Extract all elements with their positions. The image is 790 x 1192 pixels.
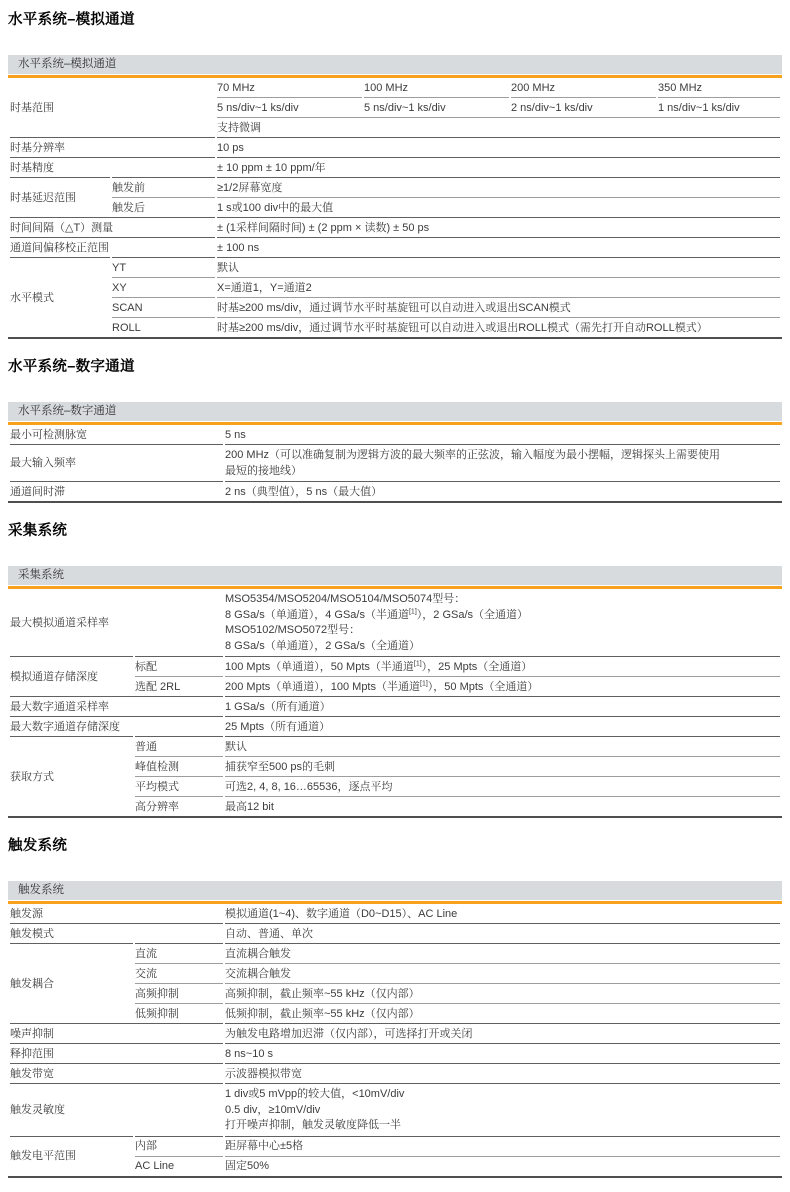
spec-sub-label: 选配 2RL [135,676,223,696]
spec-table: 水平系统–数字通道 最小可检测脉宽 5 ns 最大输入频率 200 MHz（可以… [8,402,782,503]
spec-label: 时基范围 [10,78,215,137]
spec-value: 200 Mpts（单通道），100 Mpts（半通道[1]），50 Mpts（全… [225,676,780,696]
spec-sub-label: 高频抑制 [135,983,223,1003]
table-row: 最大输入频率 200 MHz（可以准确复制为逻辑方波的最大频率的正弦波，输入幅度… [10,444,780,481]
spec-label: 触发带宽 [10,1063,223,1083]
spec-label: 触发源 [10,904,223,923]
spec-table: 采集系统 最大模拟通道采样率 MSO5354/MSO5204/MSO5104/M… [8,566,782,818]
table-row: 触发灵敏度 1 div或5 mVpp的较大值，<10mV/div 0.5 div… [10,1083,780,1136]
spec-value: MSO5354/MSO5204/MSO5104/MSO5074型号： 8 GSa… [225,589,780,656]
spec-value: 捕获窄至500 ps的毛刺 [225,756,780,776]
spec-value-line: MSO5354/MSO5204/MSO5104/MSO5074型号： [225,592,774,608]
spec-value: 直流耦合触发 [225,943,780,963]
spec-table: 触发系统 触发源 模拟通道(1~4)、数字通道（D0~D15）、AC Line … [8,881,782,1178]
table-header-bar: 水平系统–数字通道 [8,402,782,421]
spec-value: ± (1采样间隔时间) ± (2 ppm × 读数) ± 50 ps [217,217,780,237]
table-row: 触发后 1 s或100 div中的最大值 [10,197,780,217]
spec-value-line: 200 MHz（可以准确复制为逻辑方波的最大频率的正弦波，输入幅度为最小摆幅，逻… [225,448,774,464]
spec-sub-label: 标配 [135,656,223,676]
spec-sub-label: 平均模式 [135,776,223,796]
spec-sub-label: ROLL [112,317,215,337]
section-trigger: 触发系统 触发系统 触发源 模拟通道(1~4)、数字通道（D0~D15）、AC … [8,838,782,1178]
spec-value: 1 div或5 mVpp的较大值，<10mV/div 0.5 div，≥10mV… [225,1083,780,1136]
spec-value: 时基≥200 ms/div，通过调节水平时基旋钮可以自动进入或退出SCAN模式 [217,297,780,317]
table-row: 通道间偏移校正范围 ± 100 ns [10,237,780,257]
spec-label: 时间间隔（△T）测量 [10,217,215,237]
spec-sub-label: 内部 [135,1136,223,1156]
spec-label: 通道间偏移校正范围 [10,237,215,257]
spec-table-grid: 触发源 模拟通道(1~4)、数字通道（D0~D15）、AC Line 触发模式 … [8,904,782,1176]
table-row: 通道间时滞 2 ns（典型值），5 ns（最大值） [10,481,780,501]
spec-value: 高频抑制，截止频率~55 kHz（仅内部） [225,983,780,1003]
spec-value: 默认 [217,257,780,277]
spec-value: 示波器模拟带宽 [225,1063,780,1083]
spec-value: 交流耦合触发 [225,963,780,983]
spec-value: 25 Mpts（所有通道） [225,716,780,736]
section-title: 采集系统 [8,523,782,539]
footnote-ref: [1] [414,660,422,667]
spec-sub-label: 直流 [135,943,223,963]
spec-sub-label: 普通 [135,736,223,756]
spec-value: 100 MHz [364,78,509,97]
spec-value: 5 ns [225,425,780,444]
spec-label: 时基精度 [10,157,215,177]
table-row: 最大数字通道存储深度 25 Mpts（所有通道） [10,716,780,736]
spec-value: 固定50% [225,1156,780,1176]
spec-value-line: 打开噪声抑制，触发灵敏度降低一半 [225,1118,774,1134]
table-row: 释抑范围 8 ns~10 s [10,1043,780,1063]
spec-sub-label: 高分辨率 [135,796,223,816]
table-row: SCAN 时基≥200 ms/div，通过调节水平时基旋钮可以自动进入或退出SC… [10,297,780,317]
spec-value: 5 ns/div~1 ks/div [217,97,362,117]
section-horizontal-digital: 水平系统–数字通道 水平系统–数字通道 最小可检测脉宽 5 ns 最大输入频率 … [8,359,782,503]
table-row: 模拟通道存储深度 标配 100 Mpts（单通道），50 Mpts（半通道[1]… [10,656,780,676]
spec-value: 距屏幕中心±5格 [225,1136,780,1156]
spec-label: 最大数字通道采样率 [10,696,223,716]
spec-label: 最大数字通道存储深度 [10,716,223,736]
spec-value: 2 ns（典型值），5 ns（最大值） [225,481,780,501]
spec-label: 水平模式 [10,257,110,337]
spec-value-line: 8 GSa/s（单通道），2 GSa/s（全通道） [225,638,774,654]
spec-value-line: 1 div或5 mVpp的较大值，<10mV/div [225,1087,774,1103]
spec-label: 最小可检测脉宽 [10,425,223,444]
spec-value: 低频抑制，截止频率~55 kHz（仅内部） [225,1003,780,1023]
section-title: 水平系统–模拟通道 [8,12,782,28]
spec-value: 2 ns/div~1 ks/div [511,97,656,117]
footnote-ref: [1] [409,608,417,615]
spec-value: ± 100 ns [217,237,780,257]
spec-sub-label: 触发后 [112,197,215,217]
spec-value: 模拟通道(1~4)、数字通道（D0~D15）、AC Line [225,904,780,923]
spec-value: 70 MHz [217,78,362,97]
spec-label: 触发耦合 [10,943,133,1023]
spec-value: 8 ns~10 s [225,1043,780,1063]
spec-value: 350 MHz [658,78,780,97]
table-row: XY X=通道1，Y=通道2 [10,277,780,297]
spec-value: ≥1/2屏幕宽度 [217,177,780,197]
spec-value: 默认 [225,736,780,756]
table-row: 时基延迟范围 触发前 ≥1/2屏幕宽度 [10,177,780,197]
spec-label: 时基延迟范围 [10,177,110,217]
spec-sub-label: AC Line [135,1156,223,1176]
spec-value: 支持微调 [217,117,780,137]
spec-value: 100 Mpts（单通道），50 Mpts（半通道[1]），25 Mpts（全通… [225,656,780,676]
table-row: 获取方式 普通 默认 [10,736,780,756]
spec-label: 最大模拟通道采样率 [10,589,223,656]
spec-table: 水平系统–模拟通道 时基范围 70 MHz 100 MHz 200 MHz 35… [8,55,782,339]
spec-label: 通道间时滞 [10,481,223,501]
spec-value-line: 最短的接地线） [225,463,774,479]
spec-label: 时基分辨率 [10,137,215,157]
spec-sub-label: 交流 [135,963,223,983]
spec-label: 触发模式 [10,923,223,943]
spec-sub-label: 峰值检测 [135,756,223,776]
spec-label: 释抑范围 [10,1043,223,1063]
section-title: 触发系统 [8,838,782,854]
spec-value: 10 ps [217,137,780,157]
table-header-bar: 采集系统 [8,566,782,585]
table-header-bar: 水平系统–模拟通道 [8,55,782,74]
spec-sub-label: XY [112,277,215,297]
spec-label: 触发电平范围 [10,1136,133,1176]
spec-value: X=通道1，Y=通道2 [217,277,780,297]
section-title: 水平系统–数字通道 [8,359,782,375]
spec-value: 200 MHz [511,78,656,97]
spec-value: 1 ns/div~1 ks/div [658,97,780,117]
spec-table-grid: 最大模拟通道采样率 MSO5354/MSO5204/MSO5104/MSO507… [8,589,782,816]
spec-value: 时基≥200 ms/div，通过调节水平时基旋钮可以自动进入或退出ROLL模式（… [217,317,780,337]
spec-table-grid: 最小可检测脉宽 5 ns 最大输入频率 200 MHz（可以准确复制为逻辑方波的… [8,425,782,501]
table-row: 时间间隔（△T）测量 ± (1采样间隔时间) ± (2 ppm × 读数) ± … [10,217,780,237]
spec-label: 噪声抑制 [10,1023,223,1043]
spec-sub-label: 触发前 [112,177,215,197]
spec-label: 模拟通道存储深度 [10,656,133,696]
table-row: 时基范围 70 MHz 100 MHz 200 MHz 350 MHz [10,78,780,97]
spec-value: 自动、普通、单次 [225,923,780,943]
spec-value-line: MSO5102/MSO5072型号： [225,623,774,639]
table-row: 最小可检测脉宽 5 ns [10,425,780,444]
spec-label: 触发灵敏度 [10,1083,223,1136]
table-row: ROLL 时基≥200 ms/div，通过调节水平时基旋钮可以自动进入或退出RO… [10,317,780,337]
spec-table-grid: 时基范围 70 MHz 100 MHz 200 MHz 350 MHz 5 ns… [8,78,782,337]
table-row: 触发源 模拟通道(1~4)、数字通道（D0~D15）、AC Line [10,904,780,923]
spec-value: 为触发电路增加迟滞（仅内部），可选择打开或关闭 [225,1023,780,1043]
spec-value: 200 MHz（可以准确复制为逻辑方波的最大频率的正弦波，输入幅度为最小摆幅，逻… [225,444,780,481]
table-row: 触发耦合 直流 直流耦合触发 [10,943,780,963]
spec-sub-label: YT [112,257,215,277]
spec-value: ± 10 ppm ± 10 ppm/年 [217,157,780,177]
spec-value: 可选2, 4, 8, 16…65536，逐点平均 [225,776,780,796]
spec-value: 1 s或100 div中的最大值 [217,197,780,217]
spec-value-line: 8 GSa/s（单通道），4 GSa/s（半通道[1]），2 GSa/s（全通道… [225,607,774,623]
spec-value: 1 GSa/s（所有通道） [225,696,780,716]
section-acquisition: 采集系统 采集系统 最大模拟通道采样率 MSO5354/MSO5204/MSO5… [8,523,782,818]
spec-value: 最高12 bit [225,796,780,816]
spec-sub-label: SCAN [112,297,215,317]
table-row: 时基分辨率 10 ps [10,137,780,157]
table-row: 触发带宽 示波器模拟带宽 [10,1063,780,1083]
table-row: 最大模拟通道采样率 MSO5354/MSO5204/MSO5104/MSO507… [10,589,780,656]
spec-value-line: 0.5 div，≥10mV/div [225,1102,774,1118]
table-row: 触发电平范围 内部 距屏幕中心±5格 [10,1136,780,1156]
section-horizontal-analog: 水平系统–模拟通道 水平系统–模拟通道 时基范围 70 MHz 100 MHz … [8,12,782,339]
table-row: 触发模式 自动、普通、单次 [10,923,780,943]
footnote-ref: [1] [420,680,428,687]
table-row: 时基精度 ± 10 ppm ± 10 ppm/年 [10,157,780,177]
table-row: 最大数字通道采样率 1 GSa/s（所有通道） [10,696,780,716]
spec-label: 最大输入频率 [10,444,223,481]
spec-sub-label: 低频抑制 [135,1003,223,1023]
spec-value: 5 ns/div~1 ks/div [364,97,509,117]
table-row: 噪声抑制 为触发电路增加迟滞（仅内部），可选择打开或关闭 [10,1023,780,1043]
spec-label: 获取方式 [10,736,133,816]
table-row: 水平模式 YT 默认 [10,257,780,277]
table-header-bar: 触发系统 [8,881,782,900]
spec-document-page: 水平系统–模拟通道 水平系统–模拟通道 时基范围 70 MHz 100 MHz … [0,0,790,1192]
